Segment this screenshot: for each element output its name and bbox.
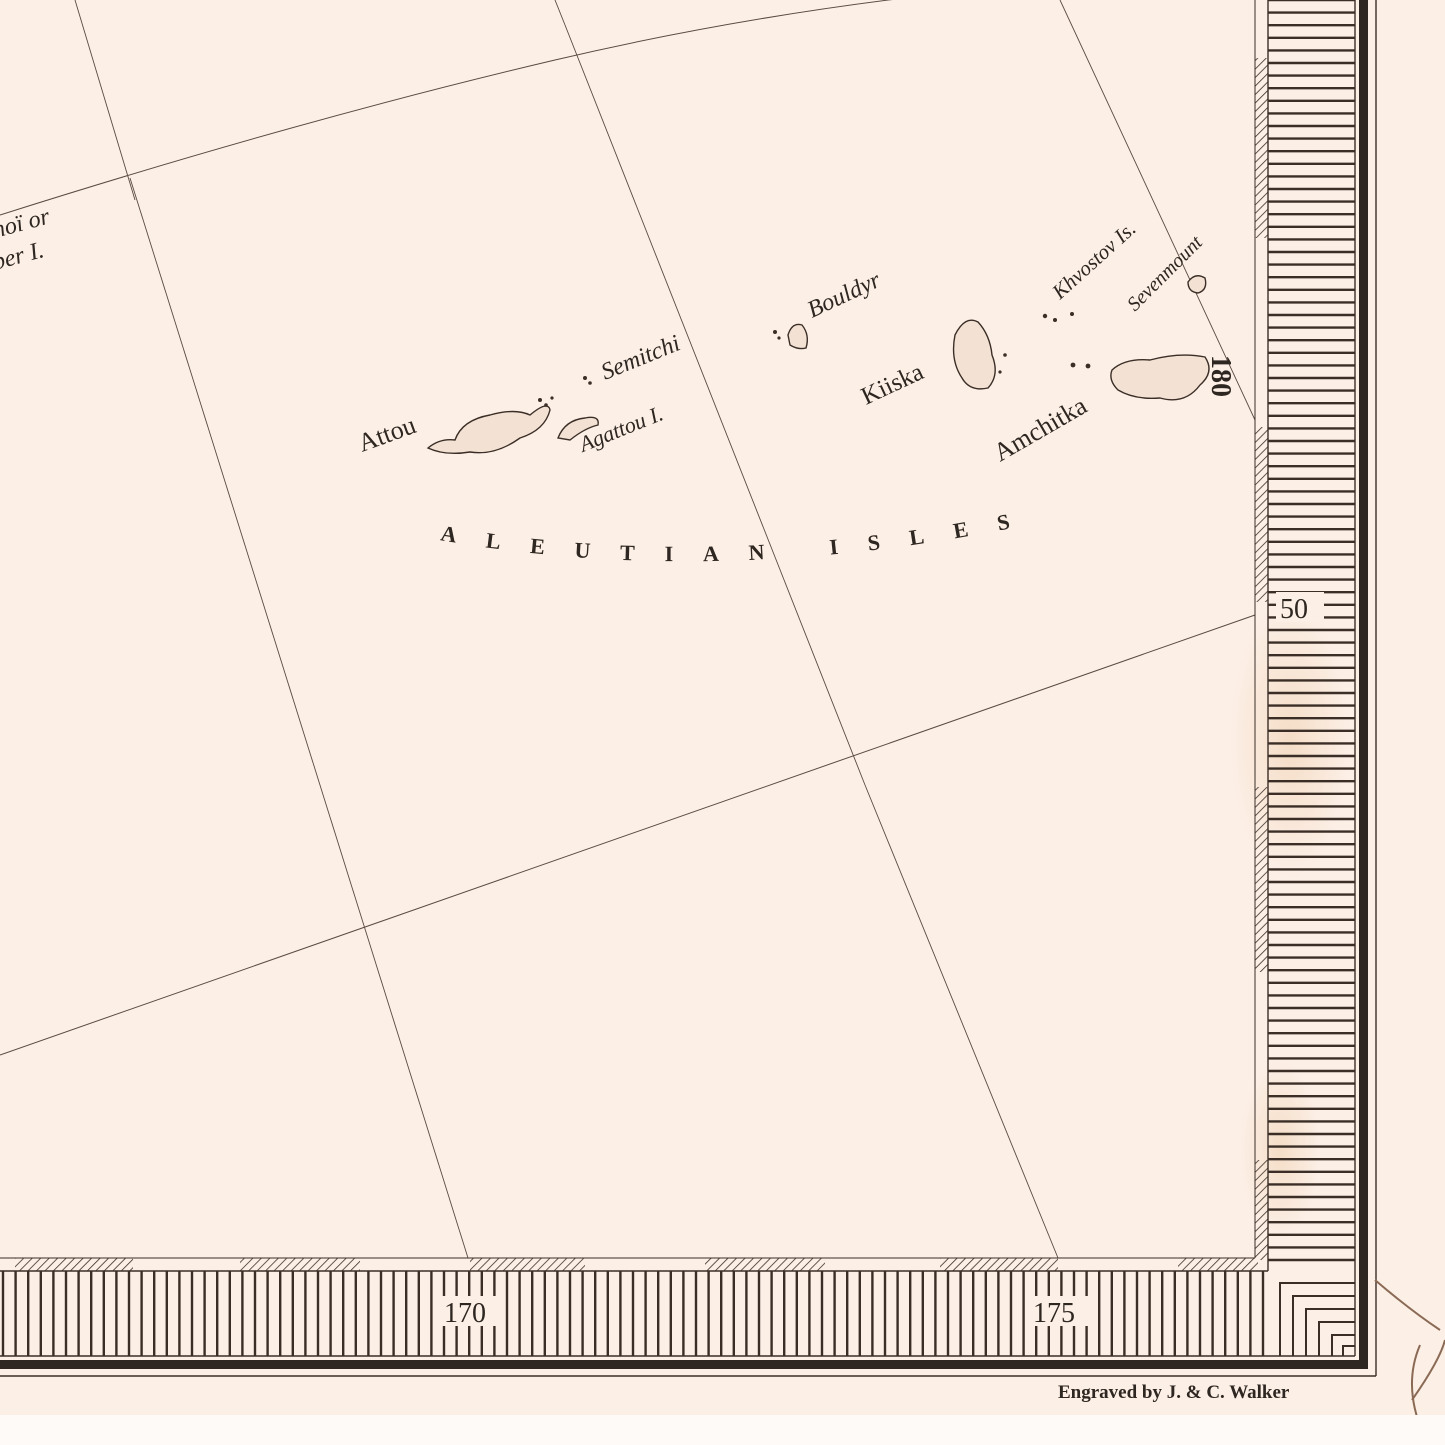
place-khvostov: Khvostov Is. bbox=[1047, 216, 1141, 304]
longitude-label-175: 175 bbox=[1033, 1298, 1075, 1329]
place-semitchi: Semitchi bbox=[598, 330, 684, 385]
place-sevenmount: Sevenmount bbox=[1123, 231, 1207, 315]
island-amchitka bbox=[1111, 355, 1209, 400]
partial-label-line1: noï or bbox=[0, 203, 53, 243]
place-agattou: Agattou I. bbox=[574, 400, 667, 457]
map-canvas: noï or per I. Attou Semitchi Agattou I. … bbox=[0, 0, 1445, 1445]
place-kiiska: Kiiska bbox=[857, 358, 928, 410]
engraver-credit: Engraved by J. & C. Walker bbox=[1058, 1382, 1290, 1403]
border-corner-ornament bbox=[1280, 1283, 1355, 1356]
place-bouldyr: Bouldyr bbox=[804, 267, 886, 324]
meridian-label-180: 180 bbox=[1205, 355, 1236, 397]
paper-stain bbox=[1240, 1060, 1320, 1240]
latitude-label-50: 50 bbox=[1280, 594, 1308, 625]
place-attou: Attou bbox=[354, 410, 420, 458]
island-bouldyr bbox=[788, 324, 807, 348]
region-label-text: ALEUTIAN ISLES bbox=[439, 503, 1041, 567]
map-svg: noï or per I. Attou Semitchi Agattou I. … bbox=[0, 0, 1445, 1445]
island-sevenmount bbox=[1188, 276, 1206, 293]
partial-label-line2: per I. bbox=[0, 237, 47, 276]
scan-edge bbox=[0, 1415, 1445, 1445]
region-label-aleutian-isles: ALEUTIAN ISLES bbox=[439, 503, 1041, 567]
longitude-label-170: 170 bbox=[444, 1298, 486, 1329]
pencil-annotation bbox=[1375, 1280, 1445, 1420]
bottom-border-scale bbox=[0, 1258, 1376, 1376]
island-attou bbox=[428, 406, 550, 453]
graticule-meridians bbox=[75, 0, 1255, 1258]
place-amchitka: Amchitka bbox=[989, 391, 1093, 468]
island-kiiska bbox=[954, 320, 996, 389]
graticule-parallels bbox=[0, 0, 1255, 1055]
